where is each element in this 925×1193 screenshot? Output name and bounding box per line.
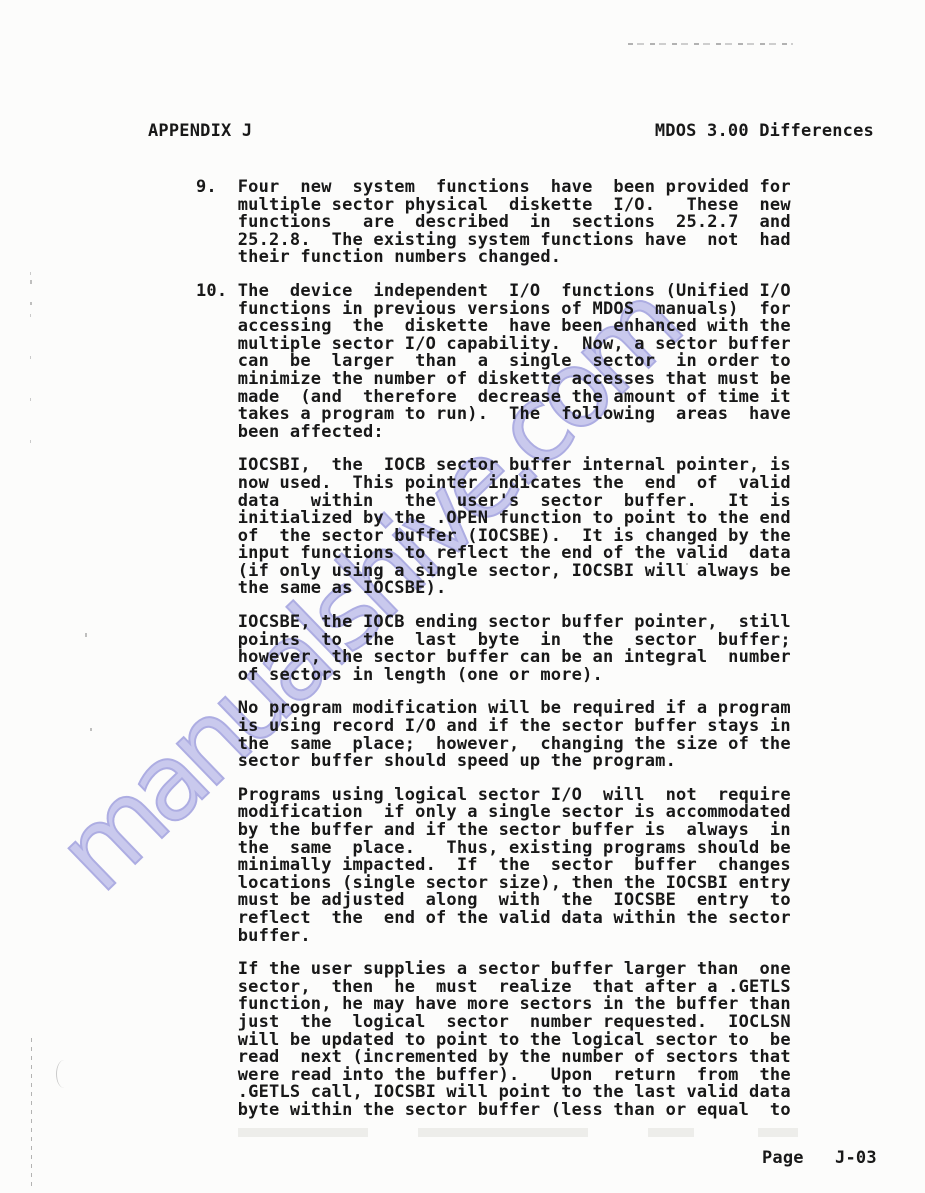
document-body: 9. Four new system functions have been p… (196, 179, 836, 1136)
scan-artifact-speck (90, 728, 92, 731)
paragraph: Programs using logical sector I/O will n… (196, 787, 836, 945)
header-document-title: MDOS 3.00 Differences (655, 121, 874, 141)
paragraph: If the user supplies a sector buffer lar… (196, 961, 836, 1119)
scan-artifact-left-dotted-line (31, 1038, 32, 1188)
page-number: Page J-03 (762, 1148, 877, 1168)
paragraph: 9. Four new system functions have been p… (196, 179, 836, 267)
scan-artifact-dashed-line (628, 43, 793, 45)
scan-artifact-speck (30, 280, 32, 284)
scan-artifact-speck (30, 302, 32, 305)
scan-artifact-left-dotted-line-upper (30, 272, 31, 452)
paragraph: IOCSBI, the IOCB sector buffer internal … (196, 457, 836, 598)
paragraph: IOCSBE, the IOCB ending sector buffer po… (196, 614, 836, 684)
scan-artifact-speck (85, 633, 87, 637)
page-header: APPENDIX J MDOS 3.00 Differences (148, 121, 874, 141)
paragraph: 10. The device independent I/O functions… (196, 283, 836, 441)
paragraph: No program modification will be required… (196, 700, 836, 770)
scanned-document-page: { "header": { "left": "APPENDIX J", "rig… (0, 0, 925, 1193)
header-appendix-title: APPENDIX J (148, 121, 252, 141)
scan-artifact-curve-mark (56, 1060, 72, 1088)
